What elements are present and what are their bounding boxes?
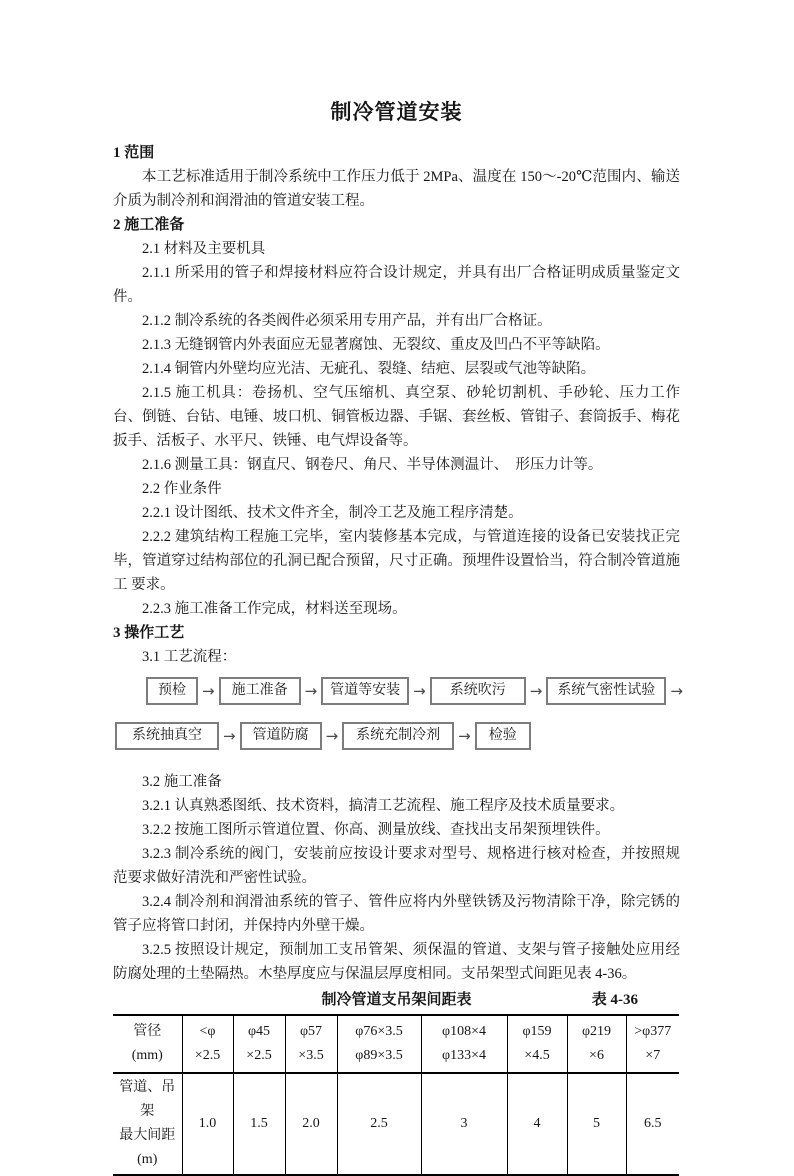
table-header-cell: φ159 ×4.5 — [507, 1015, 567, 1073]
table-value-cell: 6.5 — [626, 1073, 679, 1175]
paragraph-2-2-1: 2.2.1 设计图纸、技术文件齐全，制冷工艺及施工程序清楚。 — [113, 501, 680, 525]
header-label-line2: (mm) — [114, 1044, 181, 1068]
paragraph-2-2-3: 2.2.3 施工准备工作完成，材料送至现场。 — [113, 597, 680, 621]
document-page: 制冷管道安装 1 范围 本工艺标准适用于制冷系统中工作压力低于 2MPa、温度在… — [0, 0, 794, 1123]
table-value-cell: 3 — [421, 1073, 507, 1175]
page-title: 制冷管道安装 — [113, 98, 680, 126]
process-flowchart: 预检 → 施工准备 → 管道等安装 → 系统吹污 → 系统气密性试验 → 系统抽… — [113, 677, 680, 750]
paragraph-3-2: 3.2 施工准备 — [113, 770, 680, 794]
table-header-cell: φ108×4 φ133×4 — [421, 1015, 507, 1073]
table-data-row: 管道、吊架 最大间距 (m) 1.0 1.5 2.0 2.5 3 4 5 6.5 — [113, 1073, 679, 1175]
header-label-line1: 管径 — [114, 1020, 181, 1044]
flow-step-inspection: 检验 — [475, 722, 531, 750]
paragraph-2-1: 2.1 材料及主要机具 — [113, 237, 680, 261]
table-caption-row: 制冷管道支吊架间距表 表 4-36 — [113, 988, 680, 1012]
table-caption: 制冷管道支吊架间距表 — [321, 992, 471, 1008]
table-value-cell: 5 — [567, 1073, 626, 1175]
paragraph-2-1-2: 2.1.2 制冷系统的各类阀件必须采用专用产品，并有出厂合格证。 — [113, 309, 680, 333]
paragraph-2-1-5: 2.1.5 施工机具：卷扬机、空气压缩机、真空泵、砂轮切割机、手砂轮、压力工作台… — [113, 381, 680, 453]
arrow-right-icon: → — [322, 724, 343, 748]
arrow-right-icon: → — [198, 679, 219, 703]
arrow-right-icon: → — [526, 679, 547, 703]
paragraph-3-1: 3.1 工艺流程： — [113, 645, 680, 669]
table-header-cell: φ219 ×6 — [567, 1015, 626, 1073]
table-header-cell: <φ ×2.5 — [182, 1015, 233, 1073]
table-number: 表 4-36 — [592, 988, 638, 1012]
arrow-right-icon: → — [219, 724, 240, 748]
flow-step-vacuum: 系统抽真空 — [115, 722, 219, 750]
arrow-right-icon: → — [409, 679, 430, 703]
table-header-cell-diameter: 管径 (mm) — [113, 1015, 182, 1073]
paragraph-3-2-5: 3.2.5 按照设计规定，预制加工支吊管架、须保温的管道、支架与管子接触处应用经… — [113, 938, 680, 986]
arrow-right-icon: → — [301, 679, 322, 703]
paragraph-3-2-1: 3.2.1 认真熟悉图纸、技术资料，搞清工艺流程、施工程序及技术质量要求。 — [113, 794, 680, 818]
pipe-support-spacing-table: 管径 (mm) <φ ×2.5 φ45 ×2.5 φ57 ×3.5 φ76×3.… — [113, 1014, 679, 1176]
table-header-cell: >φ377 ×7 — [626, 1015, 679, 1073]
table-header-row: 管径 (mm) <φ ×2.5 φ45 ×2.5 φ57 ×3.5 φ76×3.… — [113, 1015, 679, 1073]
arrow-right-icon: → — [454, 724, 475, 748]
flow-step-blow-clean: 系统吹污 — [430, 677, 526, 705]
paragraph-scope: 本工艺标准适用于制冷系统中工作压力低于 2MPa、温度在 150～-20℃范围内… — [113, 165, 680, 213]
table-value-cell: 1.0 — [182, 1073, 233, 1175]
paragraph-3-2-3: 3.2.3 制冷系统的阀门，安装前应按设计要求对型号、规格进行核对检查，并按照规… — [113, 842, 680, 890]
paragraph-2-2-2: 2.2.2 建筑结构工程施工完毕，室内装修基本完成，与管道连接的设备已安装找正完… — [113, 525, 680, 597]
table-header-cell: φ45 ×2.5 — [233, 1015, 285, 1073]
table-header-cell: φ57 ×3.5 — [285, 1015, 337, 1073]
arrow-right-icon: → — [666, 679, 687, 703]
flow-step-pipe-install: 管道等安装 — [321, 677, 409, 705]
table-value-cell: 2.0 — [285, 1073, 337, 1175]
flowchart-row-1: 预检 → 施工准备 → 管道等安装 → 系统吹污 → 系统气密性试验 → — [146, 677, 680, 705]
table-header-cell: φ76×3.5 φ89×3.5 — [337, 1015, 421, 1073]
section-heading-3: 3 操作工艺 — [113, 621, 680, 645]
table-value-cell: 1.5 — [233, 1073, 285, 1175]
flowchart-row-2: 系统抽真空 → 管道防腐 → 系统充制冷剂 → 检验 — [115, 722, 680, 750]
table-value-cell: 4 — [507, 1073, 567, 1175]
paragraph-2-1-3: 2.1.3 无缝钢管内外表面应无显著腐蚀、无裂纹、重皮及凹凸不平等缺陷。 — [113, 333, 680, 357]
flow-step-charge-refrigerant: 系统充制冷剂 — [342, 722, 454, 750]
table-row-label-cell: 管道、吊架 最大间距 (m) — [113, 1073, 182, 1175]
table-value-cell: 2.5 — [337, 1073, 421, 1175]
paragraph-2-1-4: 2.1.4 铜管内外壁均应光洁、无疵孔、裂缝、结疤、层裂或气池等缺陷。 — [113, 357, 680, 381]
flow-step-airtight-test: 系统气密性试验 — [546, 677, 666, 705]
section-heading-1: 1 范围 — [113, 141, 680, 165]
paragraph-2-1-1: 2.1.1 所采用的管子和焊接材料应符合设计规定，并具有出厂合格证明成质量鉴定文… — [113, 261, 680, 309]
paragraph-2-2: 2.2 作业条件 — [113, 477, 680, 501]
flow-step-prep: 施工准备 — [219, 677, 301, 705]
paragraph-3-2-2: 3.2.2 按施工图所示管道位置、你高、测量放线、查找出支吊架预埋铁件。 — [113, 818, 680, 842]
paragraph-3-2-4: 3.2.4 制冷剂和润滑油系统的管子、管件应将内外壁铁锈及污物清除干净，除完锈的… — [113, 890, 680, 938]
paragraph-2-1-6: 2.1.6 测量工具：钢直尺、钢卷尺、角尺、半导体测温计、 形压力计等。 — [113, 453, 680, 477]
flow-step-anticorrosion: 管道防腐 — [240, 722, 322, 750]
section-heading-2: 2 施工准备 — [113, 213, 680, 237]
flow-step-precheck: 预检 — [146, 677, 198, 705]
